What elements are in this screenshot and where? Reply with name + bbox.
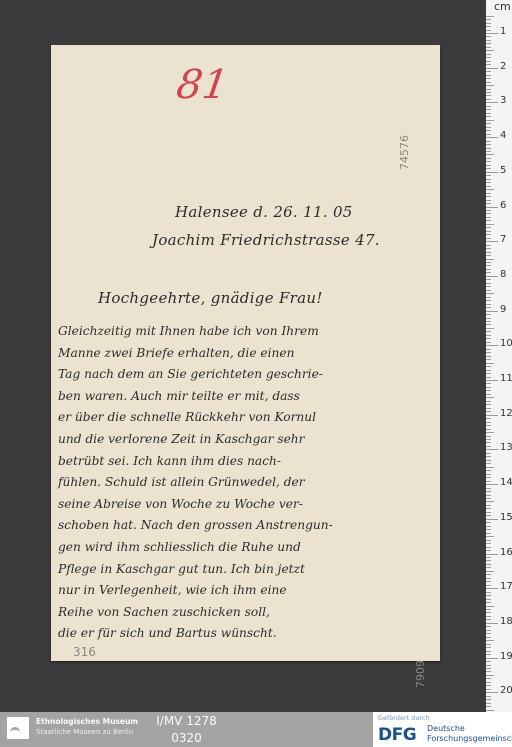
ruler-label: 4 <box>500 130 506 141</box>
ruler-tick <box>486 397 494 398</box>
ruler-tick <box>486 116 491 117</box>
ruler-tick <box>486 706 491 707</box>
ruler-tick <box>486 200 491 201</box>
ruler-tick <box>486 26 491 27</box>
ruler-tick <box>486 241 498 242</box>
ruler-tick <box>486 120 494 121</box>
ruler-tick <box>486 307 491 308</box>
ruler-tick <box>486 491 491 492</box>
body-line: gen wird ihm schliesslich die Ruhe und <box>58 537 333 559</box>
letter-body: Gleichzeitig mit Ihnen habe ich von Ihre… <box>58 321 333 645</box>
ruler-tick <box>486 321 491 322</box>
body-line: Pflege in Kaschgar gut tun. Ich bin jetz… <box>58 559 333 581</box>
ruler-tick <box>486 342 491 343</box>
ruler-tick <box>486 290 491 291</box>
ruler-tick <box>486 106 491 107</box>
ruler-tick <box>486 685 491 686</box>
ruler-tick <box>486 633 491 634</box>
ruler-tick <box>486 311 498 312</box>
ruler-tick <box>486 467 494 468</box>
ruler-tick <box>486 512 491 513</box>
ruler-tick <box>486 265 491 266</box>
ruler-tick <box>486 595 491 596</box>
cm-ruler: cm 1234567891011121314151617181920 <box>486 0 512 712</box>
ruler-tick <box>486 297 491 298</box>
ruler-tick <box>486 338 491 339</box>
ruler-tick <box>486 692 498 693</box>
folio-number: 81 <box>174 62 231 108</box>
ruler-tick <box>486 710 494 711</box>
ruler-tick <box>486 508 491 509</box>
ruler-tick <box>486 40 491 41</box>
ruler-tick <box>486 19 491 20</box>
ruler-tick <box>486 71 491 72</box>
ruler-label: 16 <box>500 547 512 558</box>
ruler-tick <box>486 252 491 253</box>
ruler-tick <box>486 286 491 287</box>
ruler-tick <box>486 501 494 502</box>
ruler-unit: cm <box>494 0 511 13</box>
ruler-tick <box>486 529 491 530</box>
ruler-tick <box>486 318 491 319</box>
ruler-tick <box>486 23 491 24</box>
ruler-tick <box>486 144 491 145</box>
ruler-tick <box>486 612 491 613</box>
ruler-tick <box>486 498 491 499</box>
ruler-tick <box>486 415 498 416</box>
ruler-tick <box>486 82 491 83</box>
ruler-tick <box>486 349 491 350</box>
footer-bar: Ethnologisches Museum Staatliche Museen … <box>0 712 373 747</box>
ruler-tick <box>486 387 491 388</box>
letter-address: Joachim Friedrichstrasse 47. <box>152 231 380 249</box>
ruler-tick <box>486 456 491 457</box>
body-line: Tag nach dem an Sie gerichteten geschrie… <box>58 364 333 386</box>
ruler-tick <box>486 678 491 679</box>
ruler-tick <box>486 699 491 700</box>
ruler-tick <box>486 182 491 183</box>
ruler-tick <box>486 484 498 485</box>
dfg-panel: Gefördert durch DFG Deutsche Forschungsg… <box>373 712 512 747</box>
ruler-tick <box>486 238 491 239</box>
ruler-tick <box>486 401 491 402</box>
body-line: und die verlorene Zeit in Kaschgar sehr <box>58 429 333 451</box>
ruler-tick <box>486 213 491 214</box>
ruler-tick <box>486 179 491 180</box>
ruler-tick <box>486 519 498 520</box>
ruler-tick <box>486 68 498 69</box>
ruler-tick <box>486 557 491 558</box>
ruler-tick <box>486 172 498 173</box>
ruler-tick <box>486 127 491 128</box>
ruler-tick <box>486 352 491 353</box>
body-line: er über die schnelle Rückkehr von Kornul <box>58 407 333 429</box>
ruler-tick <box>486 675 494 676</box>
ruler-tick <box>486 231 491 232</box>
ruler-tick <box>486 113 491 114</box>
ruler-tick <box>486 36 491 37</box>
ruler-tick <box>486 429 491 430</box>
ruler-label: 3 <box>500 95 506 106</box>
ruler-tick <box>486 217 491 218</box>
ruler-tick <box>486 293 494 294</box>
ruler-tick <box>486 630 491 631</box>
ruler-tick <box>486 78 491 79</box>
ruler-tick <box>486 436 491 437</box>
page-number: 0320 <box>0 731 373 745</box>
ruler-tick <box>486 477 491 478</box>
ruler-tick <box>486 696 491 697</box>
ruler-tick <box>486 283 491 284</box>
ruler-tick <box>486 245 491 246</box>
ruler-tick <box>486 248 491 249</box>
ruler-label: 13 <box>500 442 512 453</box>
ruler-tick <box>486 449 498 450</box>
ruler-tick <box>486 647 491 648</box>
body-line: Manne zwei Briefe erhalten, die einen <box>58 343 333 365</box>
ruler-tick <box>486 658 498 659</box>
dfg-name-line2: Forschungsgemeinschaft <box>427 734 512 743</box>
ruler-tick <box>486 533 491 534</box>
ruler-tick <box>486 189 494 190</box>
letter-salutation: Hochgeehrte, gnädige Frau! <box>98 289 323 307</box>
ruler-tick <box>486 422 491 423</box>
ruler-tick <box>486 75 491 76</box>
ruler-tick <box>486 137 498 138</box>
ruler-tick <box>486 606 494 607</box>
ruler-tick <box>486 262 491 263</box>
ruler-tick <box>486 599 491 600</box>
ruler-tick <box>486 92 491 93</box>
dfg-logo-icon: DFG <box>378 725 416 745</box>
ruler-label: 2 <box>500 61 506 72</box>
ruler-tick <box>486 550 491 551</box>
ruler-tick <box>486 193 491 194</box>
ruler-tick <box>486 304 491 305</box>
ruler-tick <box>486 359 491 360</box>
ruler-tick <box>486 130 491 131</box>
ruler-tick <box>486 394 491 395</box>
ruler-tick <box>486 356 491 357</box>
ruler-tick <box>486 380 498 381</box>
ruler-tick <box>486 560 491 561</box>
ruler-tick <box>486 574 491 575</box>
ruler-tick <box>486 536 494 537</box>
ruler-tick <box>486 259 494 260</box>
funded-by-label: Gefördert durch <box>378 714 430 722</box>
ruler-tick <box>486 165 491 166</box>
ruler-tick <box>486 279 491 280</box>
ruler-tick <box>486 661 491 662</box>
ruler-tick <box>486 207 498 208</box>
ruler-tick <box>486 404 491 405</box>
ruler-tick <box>486 609 491 610</box>
ruler-tick <box>486 276 498 277</box>
ruler-tick <box>486 616 491 617</box>
ruler-tick <box>486 85 494 86</box>
ruler-tick <box>486 54 491 55</box>
ruler-tick <box>486 585 491 586</box>
body-line: fühlen. Schuld ist allein Grünwedel, der <box>58 472 333 494</box>
ruler-tick <box>486 47 491 48</box>
ruler-tick <box>486 57 491 58</box>
ruler-tick <box>486 123 491 124</box>
body-line: seine Abreise von Woche zu Woche ver- <box>58 494 333 516</box>
ruler-tick <box>486 227 491 228</box>
ruler-tick <box>486 16 494 17</box>
ruler-tick <box>486 446 491 447</box>
ruler-tick <box>486 196 491 197</box>
ruler-tick <box>486 540 491 541</box>
ruler-tick <box>486 210 491 211</box>
body-line: Gleichzeitig mit Ihnen habe ich von Ihre… <box>58 321 333 343</box>
ruler-tick <box>486 134 491 135</box>
ruler-tick <box>486 370 491 371</box>
ruler-tick <box>486 366 491 367</box>
ruler-tick <box>486 626 491 627</box>
ruler-label: 7 <box>500 234 506 245</box>
ruler-tick <box>486 453 491 454</box>
ruler-label: 20 <box>500 685 512 696</box>
ruler-tick <box>486 373 491 374</box>
ruler-tick <box>486 89 491 90</box>
ruler-tick <box>486 554 498 555</box>
ruler-tick <box>486 383 491 384</box>
ruler-tick <box>486 324 491 325</box>
ruler-tick <box>486 463 491 464</box>
ruler-tick <box>486 578 491 579</box>
ruler-tick <box>486 148 491 149</box>
ruler-tick <box>486 439 491 440</box>
ruler-tick <box>486 623 498 624</box>
ruler-tick <box>486 640 494 641</box>
ruler-tick <box>486 495 491 496</box>
ruler-tick <box>486 168 491 169</box>
ruler-tick <box>486 64 491 65</box>
ruler-tick <box>486 203 491 204</box>
ruler-tick <box>486 592 491 593</box>
ruler-tick <box>486 220 491 221</box>
ruler-tick <box>486 543 491 544</box>
ruler-tick <box>486 547 491 548</box>
dfg-name-line1: Deutsche <box>427 724 465 733</box>
ruler-tick <box>486 363 494 364</box>
ruler-tick <box>486 682 491 683</box>
ruler-tick <box>486 102 498 103</box>
ruler-tick <box>486 408 491 409</box>
ruler-tick <box>486 474 491 475</box>
ruler-label: 17 <box>500 581 512 592</box>
ruler-tick <box>486 703 491 704</box>
pencil-note-bottom-left: 316 <box>73 645 96 659</box>
ruler-tick <box>486 637 491 638</box>
ruler-tick <box>486 581 491 582</box>
ruler-tick <box>486 522 491 523</box>
ruler-tick <box>486 99 491 100</box>
ruler-tick <box>486 377 491 378</box>
ruler-tick <box>486 269 491 270</box>
ruler-tick <box>486 95 491 96</box>
ruler-tick <box>486 644 491 645</box>
ruler-tick <box>486 175 491 176</box>
ruler-tick <box>486 564 491 565</box>
ruler-tick <box>486 161 491 162</box>
ruler-tick <box>486 619 491 620</box>
ruler-tick <box>486 300 491 301</box>
ruler-tick <box>486 515 491 516</box>
pencil-note-top-right: 74576 <box>398 135 411 170</box>
ruler-tick <box>486 602 491 603</box>
ruler-tick <box>486 50 494 51</box>
ruler-tick <box>486 61 491 62</box>
ruler-tick <box>486 488 491 489</box>
ruler-label: 19 <box>500 651 512 662</box>
ruler-tick <box>486 526 491 527</box>
ruler-tick <box>486 470 491 471</box>
ruler-label: 15 <box>500 512 512 523</box>
body-line: schoben hat. Nach den grossen Anstrengun… <box>58 515 333 537</box>
inventory-id: I/MV 1278 <box>0 714 373 728</box>
ruler-tick <box>486 432 494 433</box>
ruler-tick <box>486 328 494 329</box>
ruler-tick <box>486 151 491 152</box>
ruler-tick <box>486 158 491 159</box>
ruler-tick <box>486 33 498 34</box>
ruler-tick <box>486 224 494 225</box>
ruler-tick <box>486 186 491 187</box>
ruler-tick <box>486 331 491 332</box>
ruler-tick <box>486 154 494 155</box>
ruler-tick <box>486 588 498 589</box>
ruler-tick <box>486 30 491 31</box>
ruler-tick <box>486 425 491 426</box>
ruler-tick <box>486 651 491 652</box>
ruler-label: 1 <box>500 26 506 37</box>
ruler-label: 8 <box>500 269 506 280</box>
ruler-label: 18 <box>500 616 512 627</box>
ruler-tick <box>486 654 491 655</box>
ruler-tick <box>486 345 498 346</box>
ruler-tick <box>486 314 491 315</box>
ruler-label: 12 <box>500 408 512 419</box>
ruler-label: 14 <box>500 477 512 488</box>
pencil-note-bottom-right: 7909 <box>414 660 427 688</box>
ruler-tick <box>486 109 491 110</box>
ruler-tick <box>486 668 491 669</box>
ruler-tick <box>486 689 491 690</box>
ruler-tick <box>486 505 491 506</box>
ruler-label: 10 <box>500 338 512 349</box>
ruler-label: 11 <box>500 373 512 384</box>
ruler-tick <box>486 141 491 142</box>
ruler-tick <box>486 390 491 391</box>
ruler-tick <box>486 567 491 568</box>
ruler-label: 6 <box>500 200 506 211</box>
ruler-tick <box>486 460 491 461</box>
body-line: die er für sich und Bartus wünscht. <box>58 623 333 645</box>
ruler-tick <box>486 665 491 666</box>
ruler-label: 9 <box>500 304 506 315</box>
ruler-tick <box>486 411 491 412</box>
body-line: Reihe von Sachen zuschicken soll, <box>58 602 333 624</box>
ruler-tick <box>486 481 491 482</box>
ruler-tick <box>486 442 491 443</box>
ruler-tick <box>486 255 491 256</box>
ruler-tick <box>486 234 491 235</box>
ruler-tick <box>486 335 491 336</box>
body-line: nur in Verlegenheit, wie ich ihm eine <box>58 580 333 602</box>
letter-place-date: Halensee d. 26. 11. 05 <box>175 203 353 221</box>
ruler-tick <box>486 671 491 672</box>
body-line: ben waren. Auch mir teilte er mit, dass <box>58 386 333 408</box>
ruler-tick <box>486 571 494 572</box>
body-line: betrübt sei. Ich kann ihm dies nach- <box>58 451 333 473</box>
ruler-tick <box>486 43 491 44</box>
ruler-label: 5 <box>500 165 506 176</box>
ruler-tick <box>486 418 491 419</box>
ruler-tick <box>486 272 491 273</box>
